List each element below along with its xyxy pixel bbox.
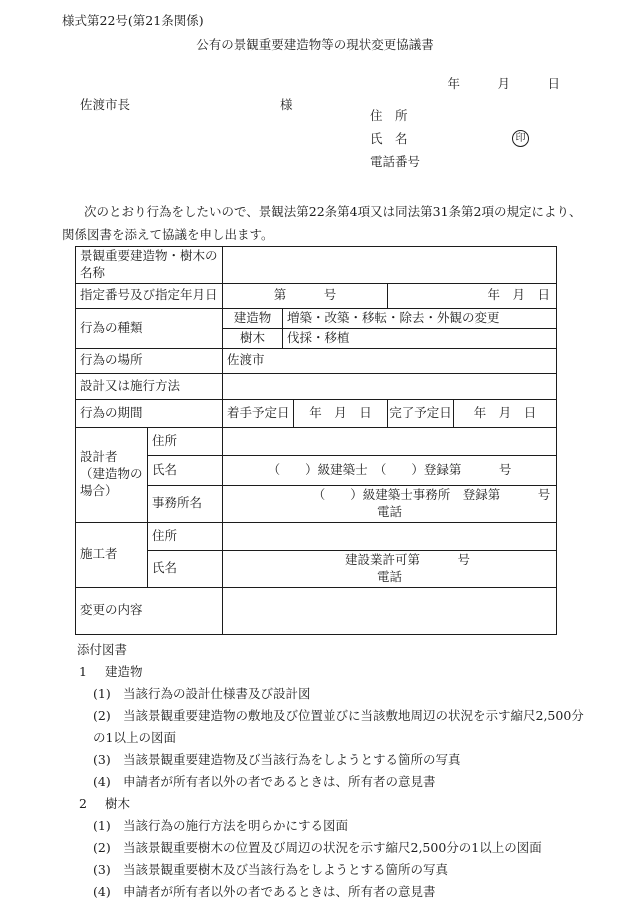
attachment-item: (2)当該景観重要樹木の位置及び周辺の状況を示す縮尺2,500分の1以上の図面	[93, 837, 630, 859]
designer-name-label-cell: 氏名	[148, 455, 223, 485]
act-type-label-cell: 行為の種類	[76, 308, 223, 348]
contractor-name-line1: 建設業許可第 号	[227, 552, 552, 569]
section-number: 2	[79, 793, 105, 815]
change-value-cell	[223, 587, 557, 634]
attachments-title: 添付図書	[77, 639, 630, 661]
period-end-date-cell: 年 月 日	[454, 399, 557, 427]
attachment-item: (3)当該景観重要建造物及び当該行為をしようとする箇所の写真	[93, 749, 630, 771]
attachment-item: (2)当該景観重要建造物の敷地及び位置並びに当該敷地周辺の状況を示す縮尺2,50…	[93, 705, 630, 749]
designer-label-cell: 設計者 （建造物の 場合）	[76, 427, 148, 522]
designer-name-value-cell: （ ）級建築士 （ ）登録第 号	[223, 455, 557, 485]
contractor-name-label-cell: 氏名	[148, 550, 223, 587]
contractor-label-cell: 施工者	[76, 522, 148, 587]
document-header: 様式第22号(第21条関係) 公有の景観重要建造物等の現状変更協議書 年 月 日…	[0, 0, 630, 246]
applicant-address-label: 住 所	[370, 108, 420, 131]
attachment-item: (4)申請者が所有者以外の者であるときは、所有者の意見書	[93, 771, 630, 793]
form-number: 様式第22号(第21条関係)	[62, 13, 204, 30]
intro-line-2: 関係図書を添えて協議を申し出ます。	[62, 227, 274, 244]
contractor-name-value-cell: 建設業許可第 号 電話	[223, 550, 557, 587]
application-table: 景観重要建造物・樹木の 名称 指定番号及び指定年月日 第 号 年 月 日 行為の…	[75, 246, 557, 635]
designer-office-line1: （ ）級建築士事務所 登録第 号	[227, 487, 552, 504]
item-number: (1)	[93, 683, 123, 705]
contractor-address-label-cell: 住所	[148, 522, 223, 550]
attachment-item: (1)当該行為の設計仕様書及び設計図	[93, 683, 630, 705]
name-label-cell: 景観重要建造物・樹木の 名称	[76, 247, 223, 284]
attachments-list: 添付図書 1建造物 (1)当該行為の設計仕様書及び設計図 (2)当該景観重要建造…	[0, 639, 630, 903]
attachment-item: (4)申請者が所有者以外の者であるときは、所有者の意見書	[93, 881, 630, 903]
item-number: (4)	[93, 771, 123, 793]
item-text: 申請者が所有者以外の者であるときは、所有者の意見書	[123, 774, 436, 789]
designation-date-cell: 年 月 日	[388, 283, 557, 308]
method-value-cell	[223, 373, 557, 399]
section-number: 1	[79, 661, 105, 683]
contractor-address-value-cell	[223, 522, 557, 550]
method-label-cell: 設計又は施行方法	[76, 373, 223, 399]
designer-office-label-cell: 事務所名	[148, 485, 223, 522]
building-type-cell: 建造物	[223, 308, 283, 328]
period-start-label-cell: 着手予定日	[223, 399, 294, 427]
section-title: 建造物	[105, 664, 143, 679]
period-start-date-cell: 年 月 日	[294, 399, 388, 427]
addressee-honorific: 様	[280, 97, 293, 114]
page-title: 公有の景観重要建造物等の現状変更協議書	[0, 37, 630, 54]
place-label-cell: 行為の場所	[76, 348, 223, 373]
section-title: 樹木	[105, 796, 130, 811]
period-end-label-cell: 完了予定日	[388, 399, 454, 427]
item-text: 当該行為の施行方法を明らかにする図面	[123, 818, 348, 833]
item-text: 当該景観重要建造物の敷地及び位置並びに当該敷地周辺の状況を示す縮尺2,500分 …	[93, 708, 584, 745]
item-number: (4)	[93, 881, 123, 903]
item-number: (3)	[93, 749, 123, 771]
contractor-name-line2: 電話	[227, 569, 552, 586]
designation-number-cell: 第 号	[223, 283, 388, 308]
item-text: 当該景観重要樹木の位置及び周辺の状況を示す縮尺2,500分の1以上の図面	[123, 840, 542, 855]
designer-office-value-cell: （ ）級建築士事務所 登録第 号 電話	[223, 485, 557, 522]
place-value-cell: 佐渡市	[223, 348, 557, 373]
item-number: (3)	[93, 859, 123, 881]
attachment-item: (3)当該景観重要樹木及び当該行為をしようとする箇所の写真	[93, 859, 630, 881]
addressee: 佐渡市長	[80, 97, 130, 114]
building-options-cell: 増築・改築・移転・除去・外観の変更	[283, 308, 557, 328]
date-line: 年 月 日	[447, 76, 560, 93]
item-text: 当該景観重要建造物及び当該行為をしようとする箇所の写真	[123, 752, 461, 767]
designer-address-value-cell	[223, 427, 557, 455]
designer-address-label-cell: 住所	[148, 427, 223, 455]
name-value-cell	[223, 247, 557, 284]
item-number: (2)	[93, 837, 123, 859]
period-label-cell: 行為の期間	[76, 399, 223, 427]
item-number: (1)	[93, 815, 123, 837]
tree-type-cell: 樹木	[223, 328, 283, 348]
item-number: (2)	[93, 705, 123, 727]
tree-options-cell: 伐採・移植	[283, 328, 557, 348]
designation-label-cell: 指定番号及び指定年月日	[76, 283, 223, 308]
designer-office-line2: 電話	[227, 504, 552, 521]
change-label-cell: 変更の内容	[76, 587, 223, 634]
applicant-block: 住 所 氏 名 電話番号	[370, 108, 420, 177]
item-text: 当該景観重要樹木及び当該行為をしようとする箇所の写真	[123, 862, 448, 877]
attachment-section-trees: 2樹木	[79, 793, 630, 815]
intro-line-1: 次のとおり行為をしたいので、景観法第22条第4項又は同法第31条第2項の規定によ…	[62, 204, 581, 221]
item-text: 申請者が所有者以外の者であるときは、所有者の意見書	[123, 884, 436, 899]
attachment-item: (1)当該行為の施行方法を明らかにする図面	[93, 815, 630, 837]
seal-mark-icon: 印	[512, 130, 529, 147]
applicant-name-label: 氏 名	[370, 131, 420, 154]
item-text: 当該行為の設計仕様書及び設計図	[123, 686, 311, 701]
applicant-phone-label: 電話番号	[370, 154, 420, 177]
attachment-section-buildings: 1建造物	[79, 661, 630, 683]
